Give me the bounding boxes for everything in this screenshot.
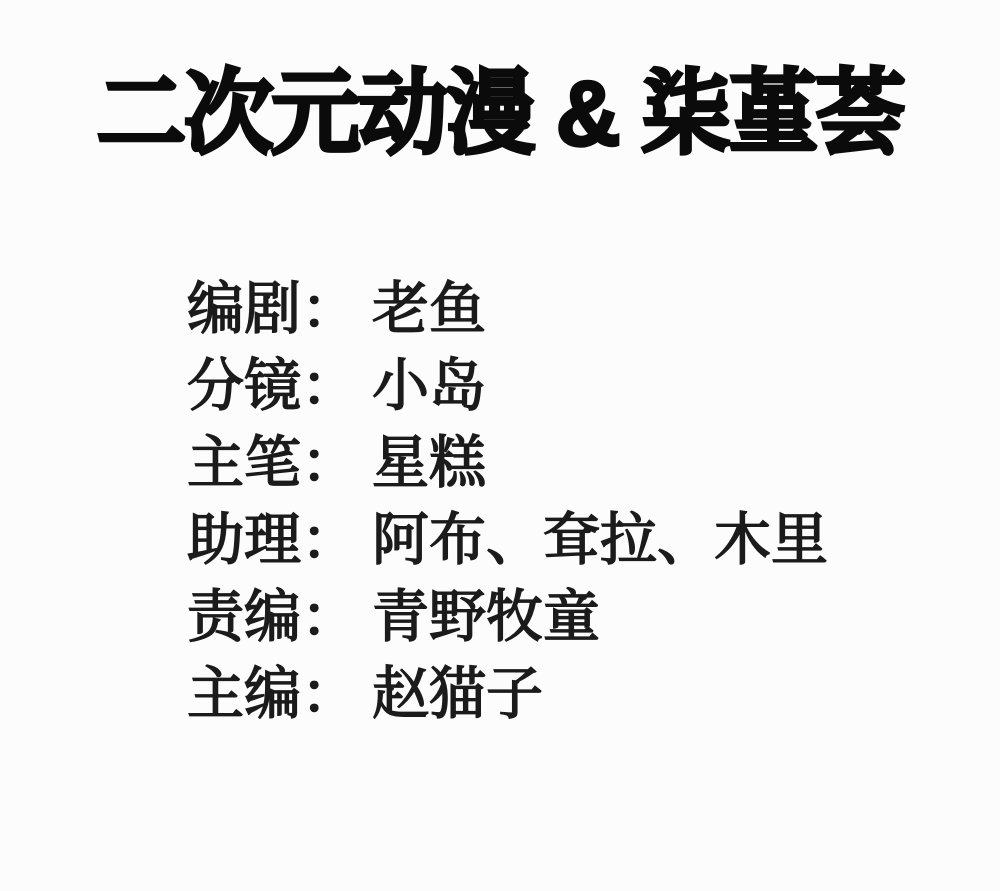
credit-names: 小岛 [372, 348, 486, 425]
credit-colon: ： [301, 502, 358, 579]
credit-role-label: 编剧 [187, 271, 301, 348]
credit-row-lead-artist: 主笔：星糕 [187, 425, 828, 502]
credit-colon: ： [301, 656, 358, 733]
credit-row-editor: 责编：青野牧童 [187, 579, 828, 656]
credit-row-assistants: 助理：阿布、耷拉、木里 [187, 502, 828, 579]
credit-colon: ： [301, 425, 358, 502]
credit-colon: ： [301, 579, 358, 656]
credits-page: 二次元动漫 & 柒堇荟 编剧：老鱼 分镜：小岛 主笔：星糕 助理：阿布、耷拉、木… [0, 0, 1000, 891]
credit-names: 星糕 [372, 425, 486, 502]
credit-colon: ： [301, 271, 358, 348]
credit-names: 老鱼 [372, 271, 486, 348]
page-title: 二次元动漫 & 柒堇荟 [15, 64, 985, 165]
credit-row-storyboard: 分镜：小岛 [187, 348, 828, 425]
credit-role-label: 主笔 [187, 425, 301, 502]
credit-role-label: 助理 [187, 502, 301, 579]
credit-row-screenwriter: 编剧：老鱼 [187, 271, 828, 348]
credit-role-label: 分镜 [187, 348, 301, 425]
credit-role-label: 责编 [187, 579, 301, 656]
credit-role-label: 主编 [187, 656, 301, 733]
credits-list: 编剧：老鱼 分镜：小岛 主笔：星糕 助理：阿布、耷拉、木里 责编：青野牧童 主编… [187, 271, 828, 733]
credit-row-chief-editor: 主编：赵猫子 [187, 656, 828, 733]
credit-colon: ： [301, 348, 358, 425]
credit-names: 赵猫子 [372, 656, 543, 733]
credit-names: 青野牧童 [372, 579, 600, 656]
credit-names: 阿布、耷拉、木里 [372, 502, 828, 579]
